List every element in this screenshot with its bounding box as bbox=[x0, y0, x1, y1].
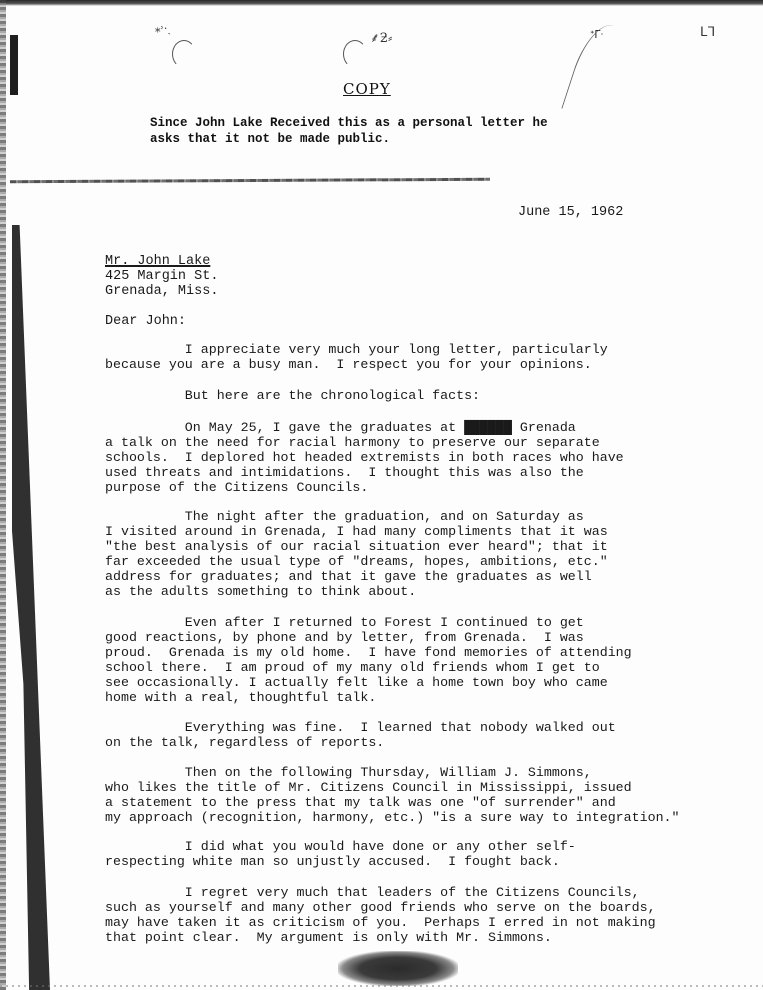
paragraph: Everything was fine. I learned that nobo… bbox=[105, 720, 745, 750]
binding-shadow-top bbox=[10, 35, 18, 95]
text-line: proud. Grenada is my old home. I have fo… bbox=[105, 645, 745, 660]
fold-divider bbox=[10, 178, 490, 184]
pen-stroke-mark bbox=[561, 18, 629, 121]
text-line: because you are a busy man. I respect yo… bbox=[105, 357, 745, 372]
recipient-name: Mr. John Lake bbox=[105, 254, 218, 269]
text-line: respecting white man so unjustly accused… bbox=[105, 854, 745, 869]
note-line: Since John Lake Received this as a perso… bbox=[150, 115, 630, 131]
text-line: school there. I am proud of my many old … bbox=[105, 660, 745, 675]
text-line: But here are the chronological facts: bbox=[105, 388, 745, 403]
text-line: that point clear. My argument is only wi… bbox=[105, 930, 745, 945]
text-line: Even after I returned to Forest I contin… bbox=[105, 615, 745, 630]
text-line: I appreciate very much your long letter,… bbox=[105, 342, 745, 357]
ink-smudge bbox=[338, 951, 458, 986]
text-line: far exceeded the usual type of "dreams, … bbox=[105, 554, 745, 569]
paragraph: I did what you would have done or any ot… bbox=[105, 839, 745, 869]
paragraph: I regret very much that leaders of the C… bbox=[105, 885, 745, 945]
text-line: my approach (recognition, harmony, etc.)… bbox=[105, 810, 745, 825]
text-line: see occasionally. I actually felt like a… bbox=[105, 675, 745, 690]
punch-hole-mark bbox=[343, 40, 367, 68]
paragraph: Even after I returned to Forest I contin… bbox=[105, 615, 745, 706]
text-line: I regret very much that leaders of the C… bbox=[105, 885, 745, 900]
text-line: Then on the following Thursday, William … bbox=[105, 765, 745, 780]
text-line: The night after the graduation, and on S… bbox=[105, 509, 745, 524]
confidentiality-note: Since John Lake Received this as a perso… bbox=[150, 115, 630, 147]
recipient-street: 425 Margin St. bbox=[105, 269, 218, 284]
text-line: purpose of the Citizens Councils. bbox=[105, 480, 745, 495]
salutation: Dear John: bbox=[105, 314, 186, 329]
scanned-letter-page: ⁎˒·ˎ ⸙ƻ⸗ ᐩᒥᐧ ᒪᒣ COPY Since John Lake Rec… bbox=[0, 0, 763, 990]
paragraph: On May 25, I gave the graduates at █████… bbox=[105, 420, 745, 495]
text-line: a statement to the press that my talk wa… bbox=[105, 795, 745, 810]
note-line: asks that it not be made public. bbox=[150, 131, 630, 147]
text-line: good reactions, by phone and by letter, … bbox=[105, 630, 745, 645]
handwritten-scribble-icon: ᒪᒣ bbox=[700, 25, 715, 40]
scan-left-edge bbox=[0, 0, 6, 990]
scan-top-edge bbox=[0, 0, 763, 6]
text-line: such as yourself and many other good fri… bbox=[105, 900, 745, 915]
binding-shadow bbox=[12, 225, 50, 990]
text-line: on the talk, regardless of reports. bbox=[105, 735, 745, 750]
recipient-address: Mr. John Lake 425 Margin St. Grenada, Mi… bbox=[105, 254, 218, 299]
punch-hole-mark bbox=[172, 40, 196, 68]
text-line: as the adults something to think about. bbox=[105, 584, 745, 599]
text-line: I did what you would have done or any ot… bbox=[105, 839, 745, 854]
text-line: who likes the title of Mr. Citizens Coun… bbox=[105, 780, 745, 795]
text-line: address for graduates; and that it gave … bbox=[105, 569, 745, 584]
paragraph: But here are the chronological facts: bbox=[105, 388, 745, 403]
handwritten-scribble-icon: ⸙ƻ⸗ bbox=[370, 28, 392, 46]
paragraph: The night after the graduation, and on S… bbox=[105, 509, 745, 600]
recipient-city: Grenada, Miss. bbox=[105, 284, 218, 299]
text-line: used threats and intimidations. I though… bbox=[105, 465, 745, 480]
text-line: On May 25, I gave the graduates at █████… bbox=[105, 420, 745, 435]
copy-heading: COPY bbox=[343, 80, 391, 98]
text-line: Everything was fine. I learned that nobo… bbox=[105, 720, 745, 735]
scan-bottom-edge bbox=[0, 985, 763, 987]
paragraph: Then on the following Thursday, William … bbox=[105, 765, 745, 825]
text-line: home with a real, thoughtful talk. bbox=[105, 690, 745, 705]
text-line: I visited around in Grenada, I had many … bbox=[105, 524, 745, 539]
text-line: "the best analysis of our racial situati… bbox=[105, 539, 745, 554]
text-line: schools. I deplored hot headed extremist… bbox=[105, 450, 745, 465]
paragraph: I appreciate very much your long letter,… bbox=[105, 342, 745, 372]
letter-date: June 15, 1962 bbox=[518, 205, 623, 220]
handwritten-scribble-icon: ⁎˒·ˎ bbox=[155, 22, 171, 35]
text-line: a talk on the need for racial harmony to… bbox=[105, 435, 745, 450]
text-line: may have taken it as criticism of you. P… bbox=[105, 915, 745, 930]
